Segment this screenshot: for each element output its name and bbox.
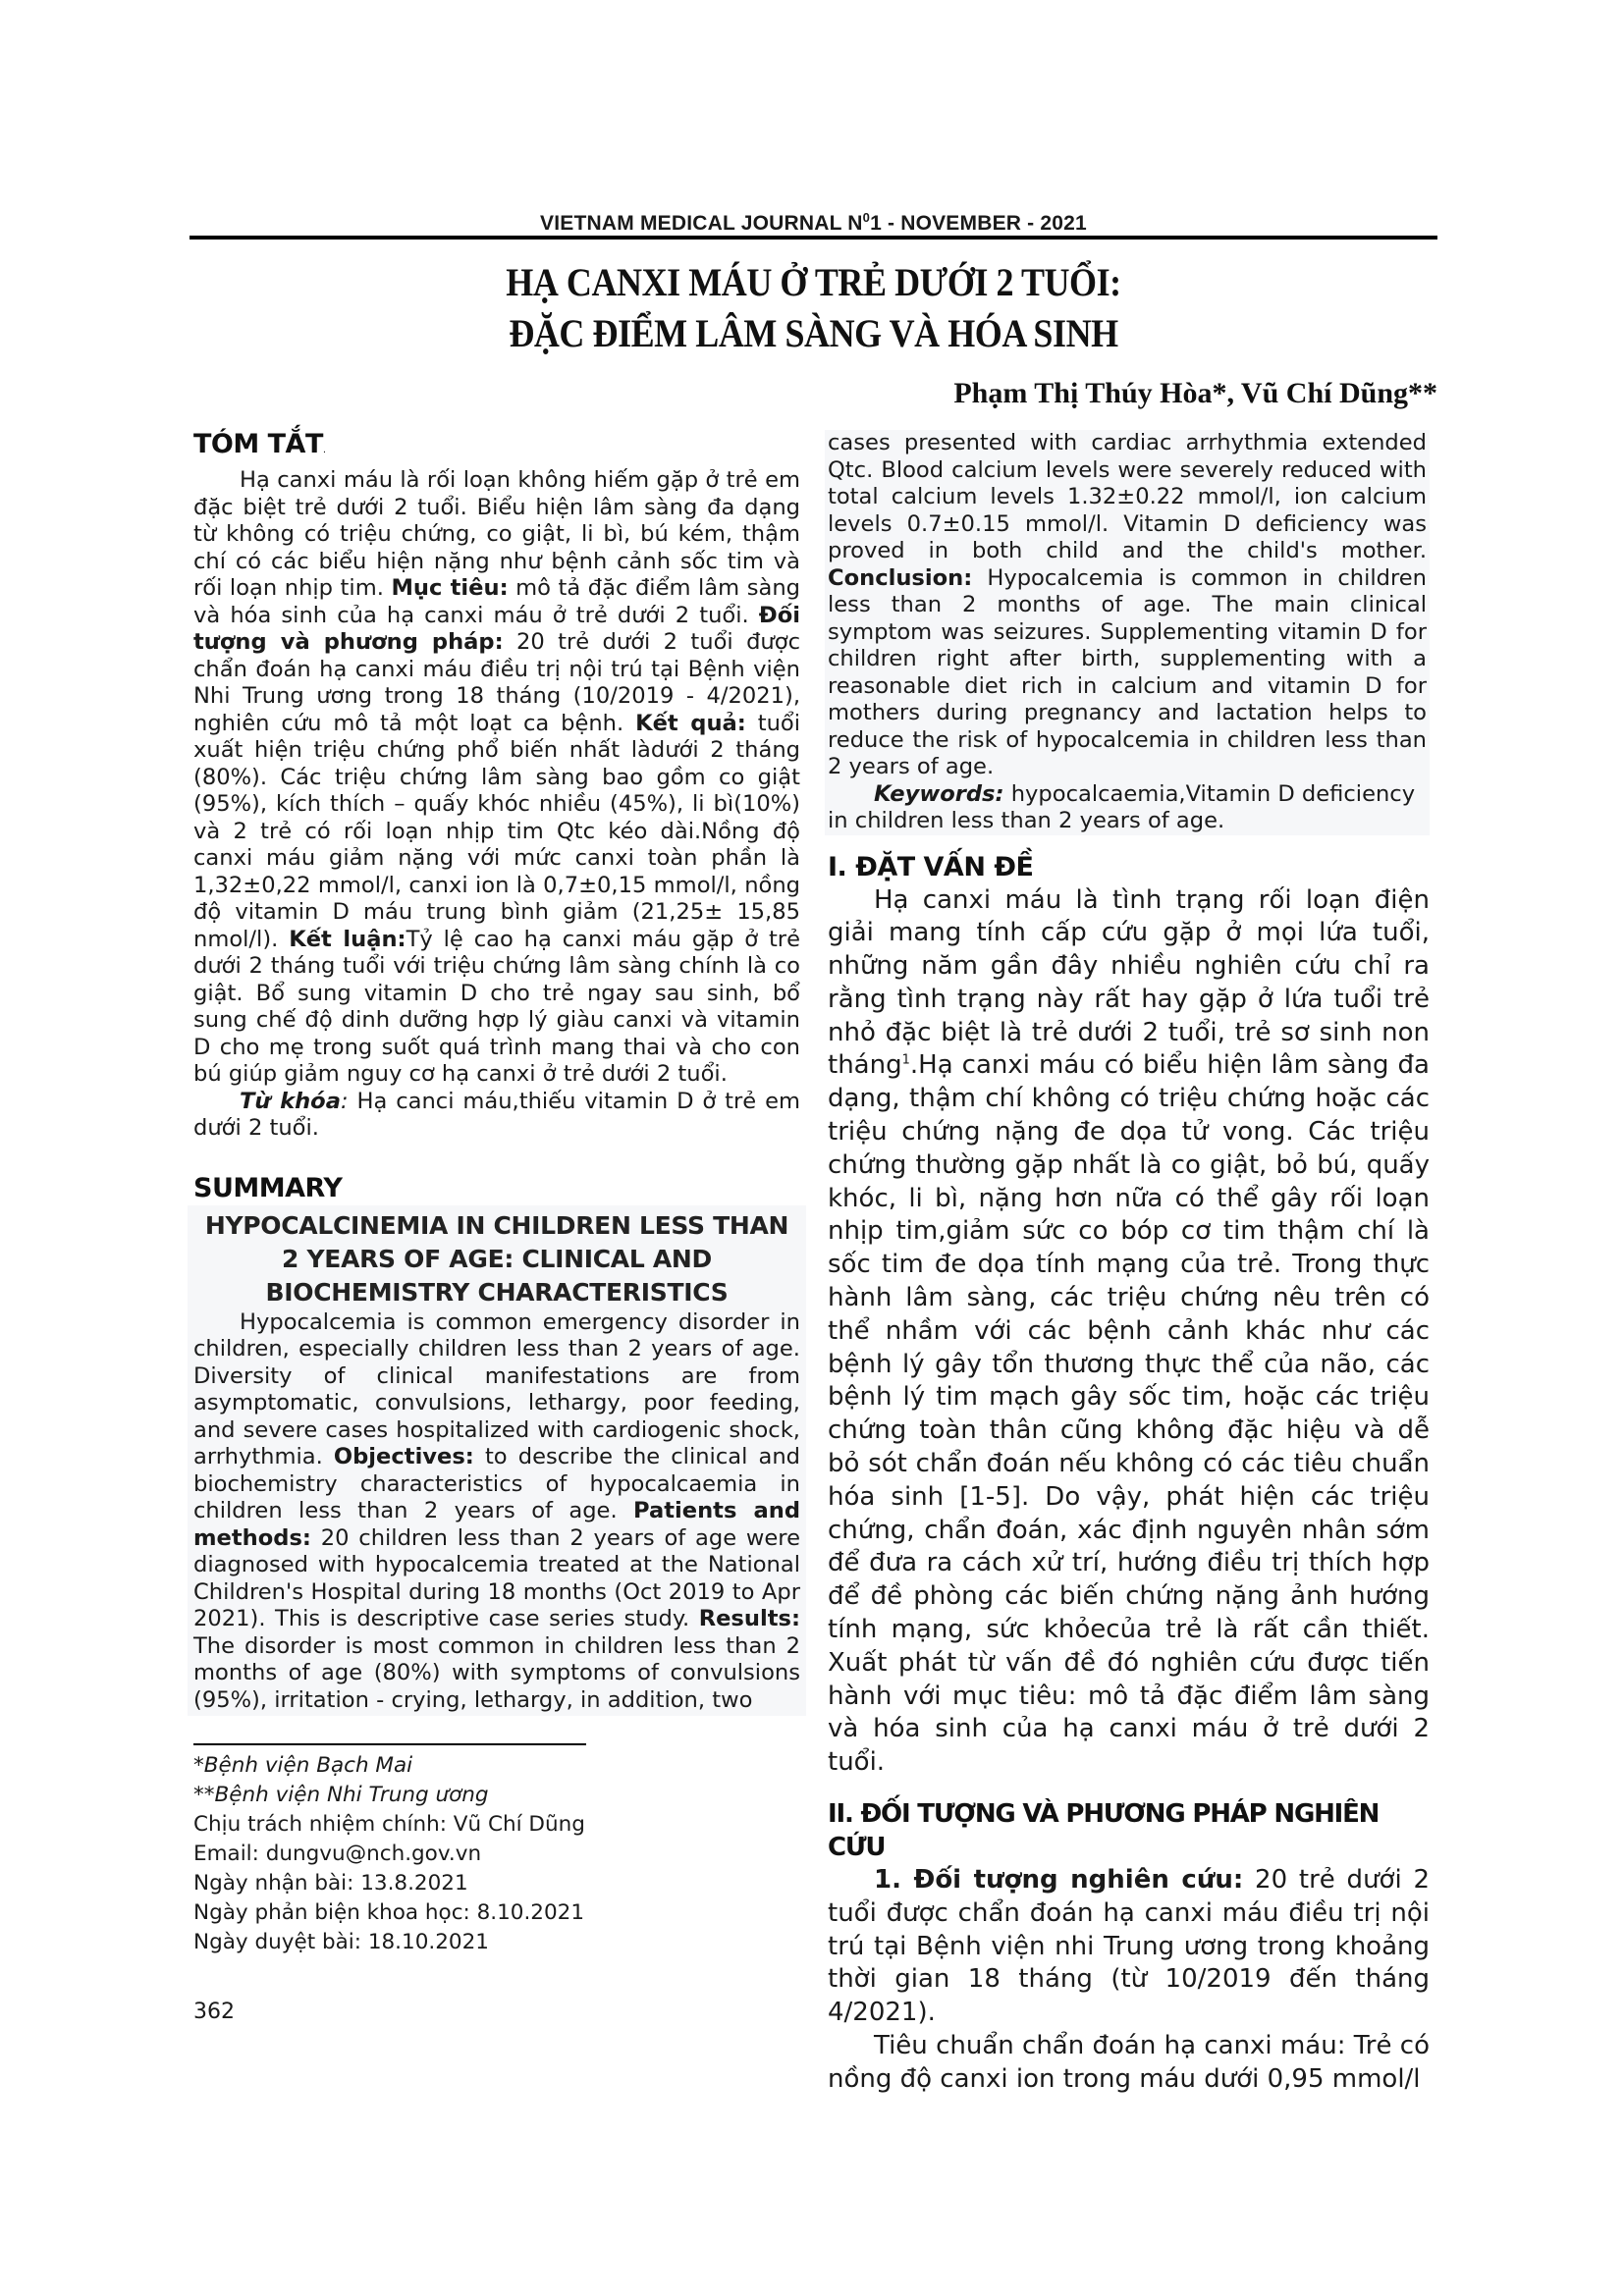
page-number: 362 bbox=[193, 2000, 235, 2024]
section-1-body: Hạ canxi máu là tình trạng rối loạn điện… bbox=[828, 884, 1430, 1781]
summary-title: HYPOCALCINEMIA IN CHILDREN LESS THAN 2 Y… bbox=[193, 1209, 800, 1309]
email[interactable]: Email: dungvu@nch.gov.vn bbox=[193, 1840, 585, 1869]
abstract-vi-heading: TÓM TẮT. bbox=[193, 428, 800, 467]
article-authors: Phạm Thị Thúy Hòa*, Vũ Chí Dũng** bbox=[953, 377, 1437, 410]
date-accepted: Ngày duyệt bài: 18.10.2021 bbox=[193, 1928, 585, 1957]
summary-heading: SUMMARY bbox=[193, 1172, 800, 1205]
header-rule bbox=[189, 236, 1437, 240]
section-1-heading: I. ĐẶT VẤN ĐỀ bbox=[828, 851, 1430, 884]
section-2-heading: II. ĐỐI TƯỢNG VÀ PHƯƠNG PHÁP NGHIÊN CỨU bbox=[828, 1797, 1430, 1864]
footnotes: *Bệnh viện Bạch Mai **Bệnh viện Nhi Trun… bbox=[193, 1751, 585, 1957]
footnote-rule bbox=[193, 1743, 586, 1745]
date-reviewed: Ngày phản biện khoa học: 8.10.2021 bbox=[193, 1898, 585, 1928]
summary-box: HYPOCALCINEMIA IN CHILDREN LESS THAN 2 Y… bbox=[188, 1205, 806, 1717]
abstract-vi-body: Hạ canxi máu là rối loạn không hiếm gặp … bbox=[193, 467, 800, 1089]
summary-keywords: Keywords: hypocalcaemia,Vitamin D defici… bbox=[828, 781, 1427, 835]
affiliation-1: *Bệnh viện Bạch Mai bbox=[193, 1751, 585, 1781]
summary-continued-box: cases presented with cardiac arrhythmia … bbox=[825, 430, 1430, 835]
summary-continued-body: cases presented with cardiac arrhythmia … bbox=[828, 430, 1427, 781]
abstract-vi-keywords: Từ khóa: Hạ canci máu,thiếu vitamin D ở … bbox=[193, 1089, 800, 1143]
article-title: HẠ CANXI MÁU Ở TRẺ DƯỚI 2 TUỔI: ĐẶC ĐIỂM… bbox=[252, 257, 1376, 359]
summary-body: Hypocalcemia is common emergency disorde… bbox=[193, 1309, 800, 1715]
right-column: cases presented with cardiac arrhythmia … bbox=[828, 430, 1430, 2097]
corresponding-author: Chịu trách nhiệm chính: Vũ Chí Dũng bbox=[193, 1810, 585, 1840]
affiliation-2: **Bệnh viện Nhi Trung ương bbox=[193, 1781, 585, 1810]
section-2-subject: 1. Đối tượng nghiên cứu: 20 trẻ dưới 2 t… bbox=[828, 1864, 1430, 2030]
running-head: VIETNAM MEDICAL JOURNAL N01 - NOVEMBER -… bbox=[189, 212, 1437, 236]
date-received: Ngày nhận bài: 13.8.2021 bbox=[193, 1869, 585, 1898]
section-2-criteria: Tiêu chuẩn chẩn đoán hạ canxi máu: Trẻ c… bbox=[828, 2030, 1430, 2097]
left-column: TÓM TẮT. Hạ canxi máu là rối loạn không … bbox=[193, 428, 800, 1716]
